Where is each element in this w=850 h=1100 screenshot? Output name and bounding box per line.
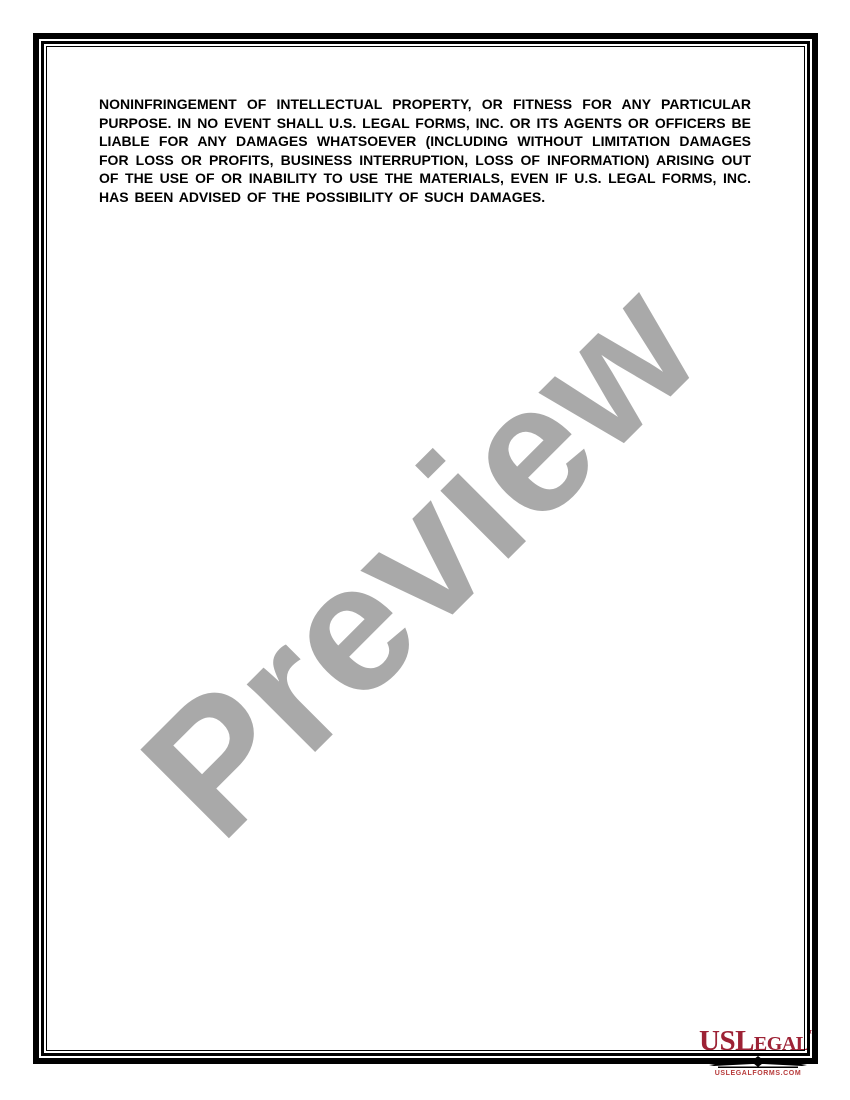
logo-domain-text: USLEGALFORMS.COM <box>699 1070 817 1077</box>
wordmark-egal: EGAL <box>754 1033 809 1055</box>
trademark-symbol: ™ <box>809 1028 818 1038</box>
wordmark-l: L <box>735 1025 754 1057</box>
disclaimer-text: NONINFRINGEMENT OF INTELLECTUAL PROPERTY… <box>99 95 751 207</box>
document-page: Preview NONINFRINGEMENT OF INTELLECTUAL … <box>0 0 850 1100</box>
uslegal-wordmark: USLEGAL™ <box>699 1020 817 1059</box>
preview-watermark: Preview <box>111 251 726 866</box>
uslegal-logo: USLEGAL™ USLEGALFORMS.COM <box>699 1020 817 1077</box>
wordmark-us: US <box>699 1025 735 1057</box>
